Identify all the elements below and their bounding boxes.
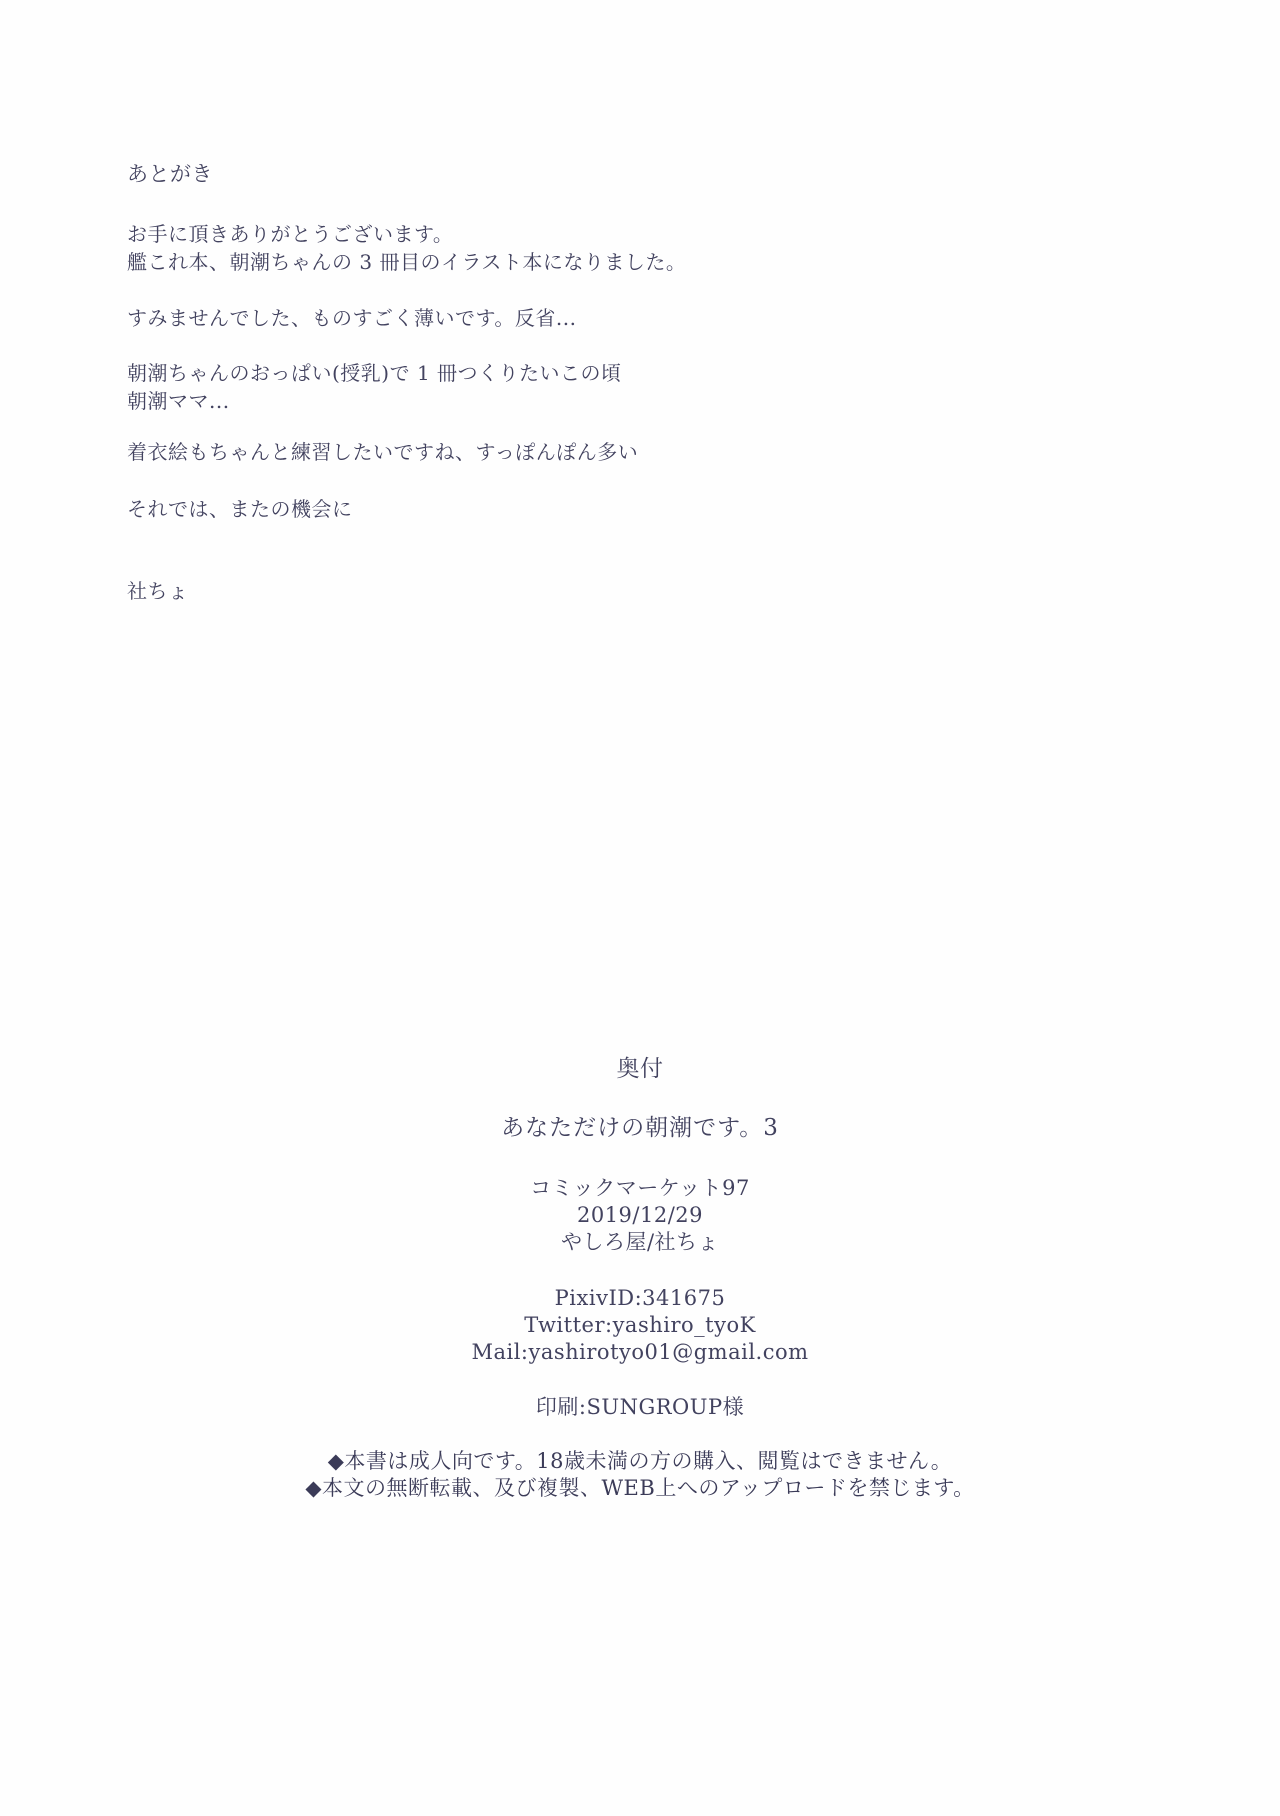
mail-address: Mail:yashirotyo01@gmail.com bbox=[0, 1339, 1280, 1366]
afterword-title: あとがき bbox=[127, 160, 827, 188]
afterword-signature: 社ちょ bbox=[127, 577, 827, 605]
afterword-line-farewell: それでは、またの機会に bbox=[127, 495, 827, 523]
afterword-line-wish: 朝潮ちゃんのおっぱい(授乳)で 1 冊つくりたいこの頃 bbox=[127, 359, 827, 387]
afterword-line-practice: 着衣絵もちゃんと練習したいですね、すっぽんぽん多い bbox=[127, 438, 827, 466]
notice-no-reproduction: ◆本文の無断転載、及び複製、WEB上へのアップロードを禁じます。 bbox=[0, 1475, 1280, 1502]
twitter-handle: Twitter:yashiro_tyoK bbox=[0, 1312, 1280, 1339]
afterword-line-mama: 朝潮ママ... bbox=[127, 387, 827, 415]
notices-group: ◆本書は成人向です。18歳未満の方の購入、閲覧はできません。 ◆本文の無断転載、… bbox=[0, 1448, 1280, 1502]
event-date: 2019/12/29 bbox=[0, 1202, 1280, 1229]
colophon-heading: 奥付 bbox=[0, 1056, 1280, 1083]
printer-credit: 印刷:SUNGROUP様 bbox=[0, 1394, 1280, 1421]
contact-info-group: PixivID:341675 Twitter:yashiro_tyoK Mail… bbox=[0, 1285, 1280, 1366]
notice-adult-only: ◆本書は成人向です。18歳未満の方の購入、閲覧はできません。 bbox=[0, 1448, 1280, 1475]
colophon-section: 奥付 あなただけの朝潮です。3 コミックマーケット97 2019/12/29 や… bbox=[0, 1056, 1280, 1502]
afterword-line-apology: すみませんでした、ものすごく薄いです。反省... bbox=[127, 304, 827, 332]
event-name: コミックマーケット97 bbox=[0, 1175, 1280, 1202]
afterword-line-book-info: 艦これ本、朝潮ちゃんの 3 冊目のイラスト本になりました。 bbox=[127, 248, 827, 276]
circle-author-name: やしろ屋/社ちょ bbox=[0, 1229, 1280, 1256]
afterword-section: あとがき お手に頂きありがとうございます。 艦これ本、朝潮ちゃんの 3 冊目のイ… bbox=[127, 160, 827, 605]
book-title: あなただけの朝潮です。3 bbox=[0, 1115, 1280, 1142]
afterword-line-thanks: お手に頂きありがとうございます。 bbox=[127, 220, 827, 248]
event-info-group: コミックマーケット97 2019/12/29 やしろ屋/社ちょ bbox=[0, 1175, 1280, 1256]
pixiv-id: PixivID:341675 bbox=[0, 1285, 1280, 1312]
doujinshi-afterword-page: あとがき お手に頂きありがとうございます。 艦これ本、朝潮ちゃんの 3 冊目のイ… bbox=[0, 0, 1280, 1816]
